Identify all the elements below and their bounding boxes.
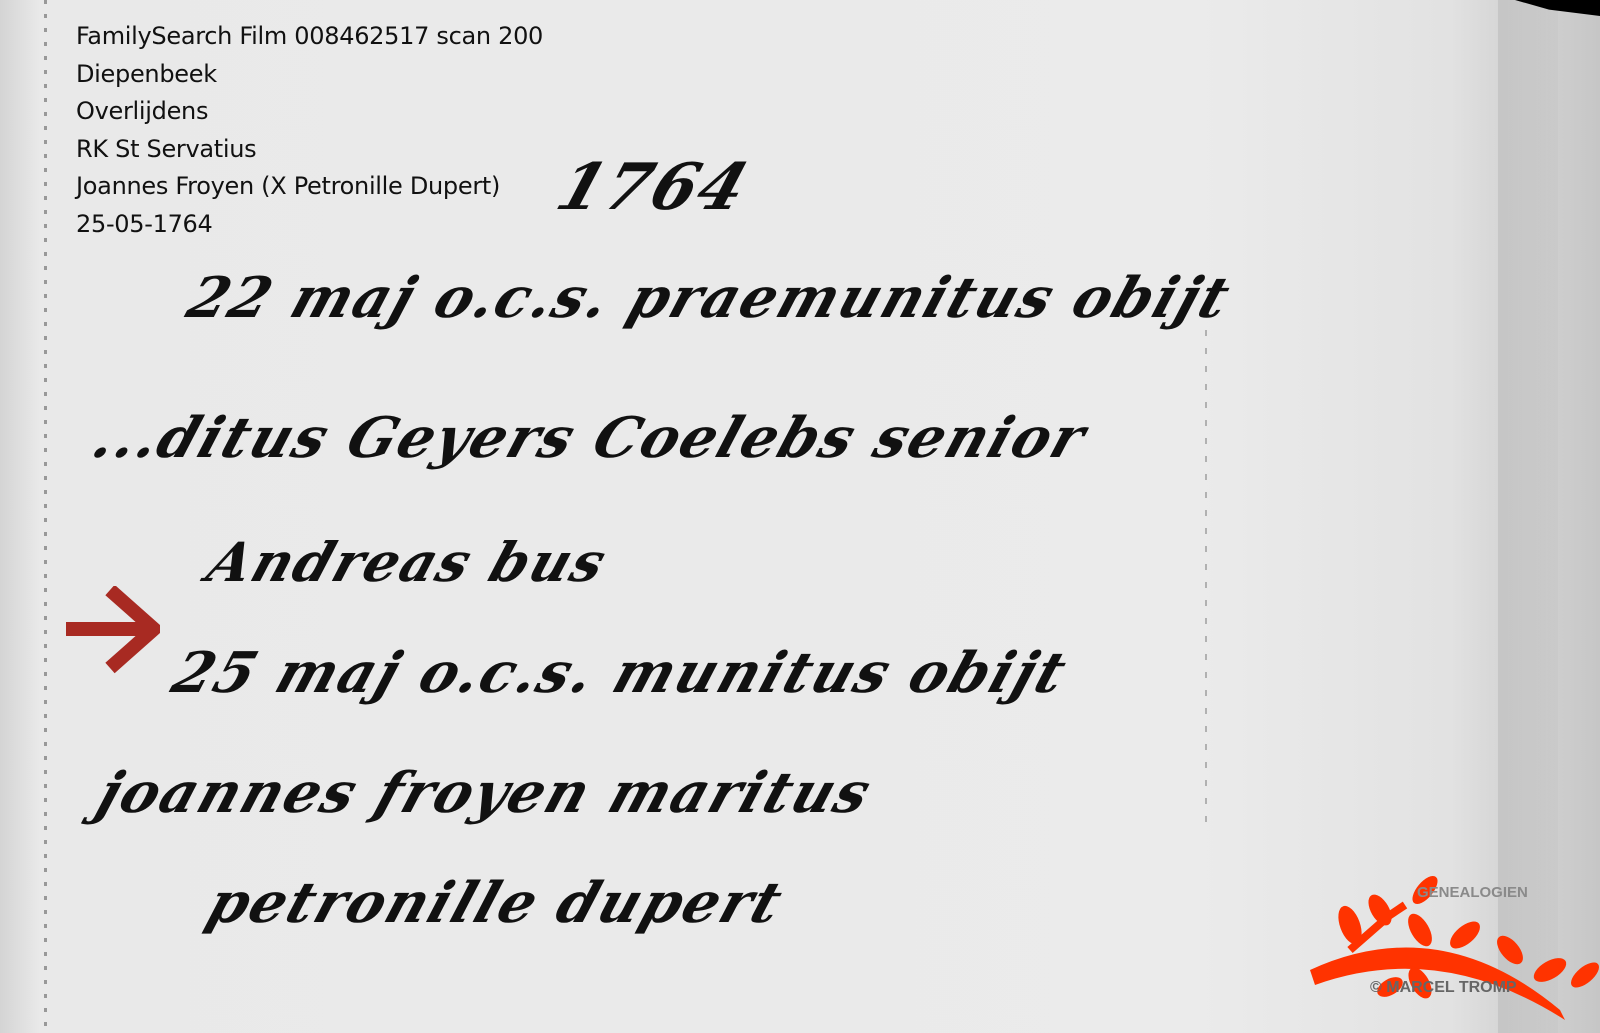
watermark-copyright: © MARCEL TROMP	[1370, 979, 1517, 997]
arrow-right-icon	[60, 586, 160, 676]
manuscript-line-5: joannes froyen maritus	[89, 760, 880, 826]
manuscript-line-3: Andreas bus	[200, 530, 616, 594]
page-margin-line	[44, 0, 47, 1033]
manuscript-line-1: 22 maj o.c.s. praemunitus obijt	[179, 265, 1239, 331]
manuscript-year: 1764	[548, 150, 758, 225]
manuscript-line-6: petronille dupert	[199, 870, 792, 936]
manuscript-line-2: ...ditus Geyers Coelebs senior	[84, 405, 1095, 471]
caption-place: Diepenbeek	[76, 56, 543, 94]
manuscript-line-4: 25 maj o.c.s. munitus obijt	[164, 640, 1076, 706]
watermark-top-text: GENEALOGIEN	[1417, 884, 1528, 901]
caption-parish: RK St Servatius	[76, 131, 543, 169]
caption-film: FamilySearch Film 008462517 scan 200	[76, 18, 543, 56]
caption-record-type: Overlijdens	[76, 93, 543, 131]
caption-person: Joannes Froyen (X Petronille Dupert)	[76, 168, 543, 206]
page-rule-line	[1205, 330, 1207, 830]
caption-overlay: FamilySearch Film 008462517 scan 200 Die…	[76, 18, 543, 244]
caption-date: 25-05-1764	[76, 206, 543, 244]
